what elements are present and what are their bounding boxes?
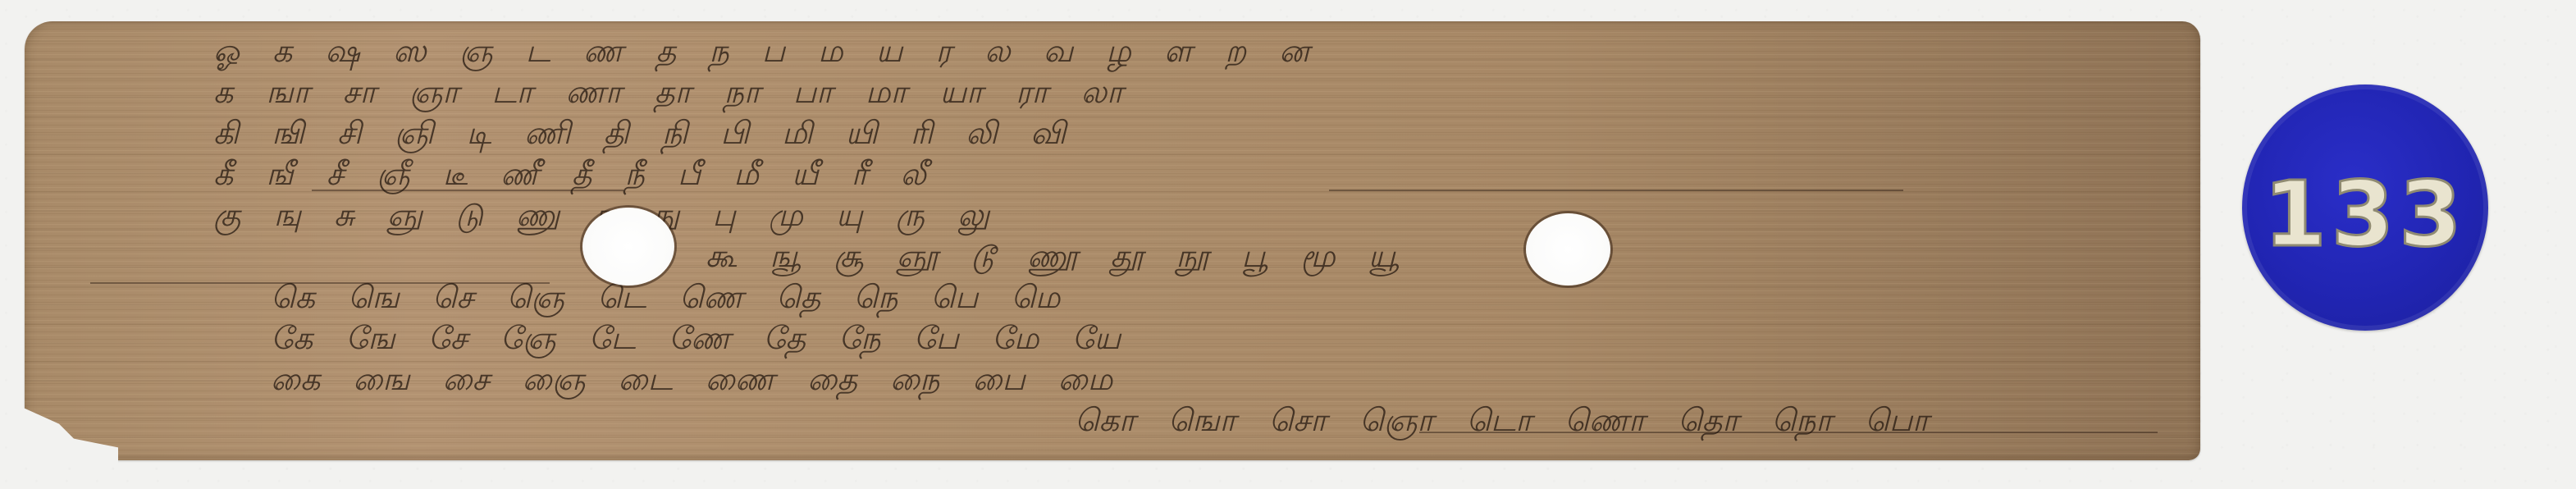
catalog-number-tag: 133 [2242,85,2488,331]
manuscript-line: கி ஙி சி ஞி டி ணி தி நி பி மி யி ரி லி வ… [213,115,1077,156]
binding-hole-right [1526,213,1610,286]
manuscript-line: கொ ஙொ சொ ஞொ டொ ணொ தொ நொ பொ [1075,402,1940,443]
manuscript-line: ஓ க ஷ ஸ ஞ ட ண த ந ப ம ய ர ல வ ழ ள ற ன [213,33,1321,74]
leaf-damaged-corner [20,406,118,465]
binding-hole-left [582,208,674,286]
manuscript-line: கீ ஙீ சீ ஞீ டீ ணீ தீ நீ பீ மீ யீ ரீ லீ [213,156,938,197]
palm-leaf-manuscript: ஓ க ஷ ஸ ஞ ட ண த ந ப ம ய ர ல வ ழ ள ற ன க … [25,21,2200,460]
catalog-number: 133 [2263,162,2467,267]
manuscript-line: கே ஙே சே ஞே டே ணே தே நே பே மே யே [271,320,1132,361]
manuscript-line: கை ஙை சை ஞை டை ணை தை நை பை மை [271,361,1124,402]
manuscript-line: கூ ஙூ சூ ஞூ டூ ணூ தூ நூ பூ மூ யூ [706,238,1410,279]
manuscript-line: கெ ஙெ செ ஞெ டெ ணெ தெ நெ பெ மெ [271,279,1072,320]
manuscript-line: க ஙா சா ஞா டா ணா தா நா பா மா யா ரா லா [213,74,1135,115]
ruling-line [1329,190,1903,191]
